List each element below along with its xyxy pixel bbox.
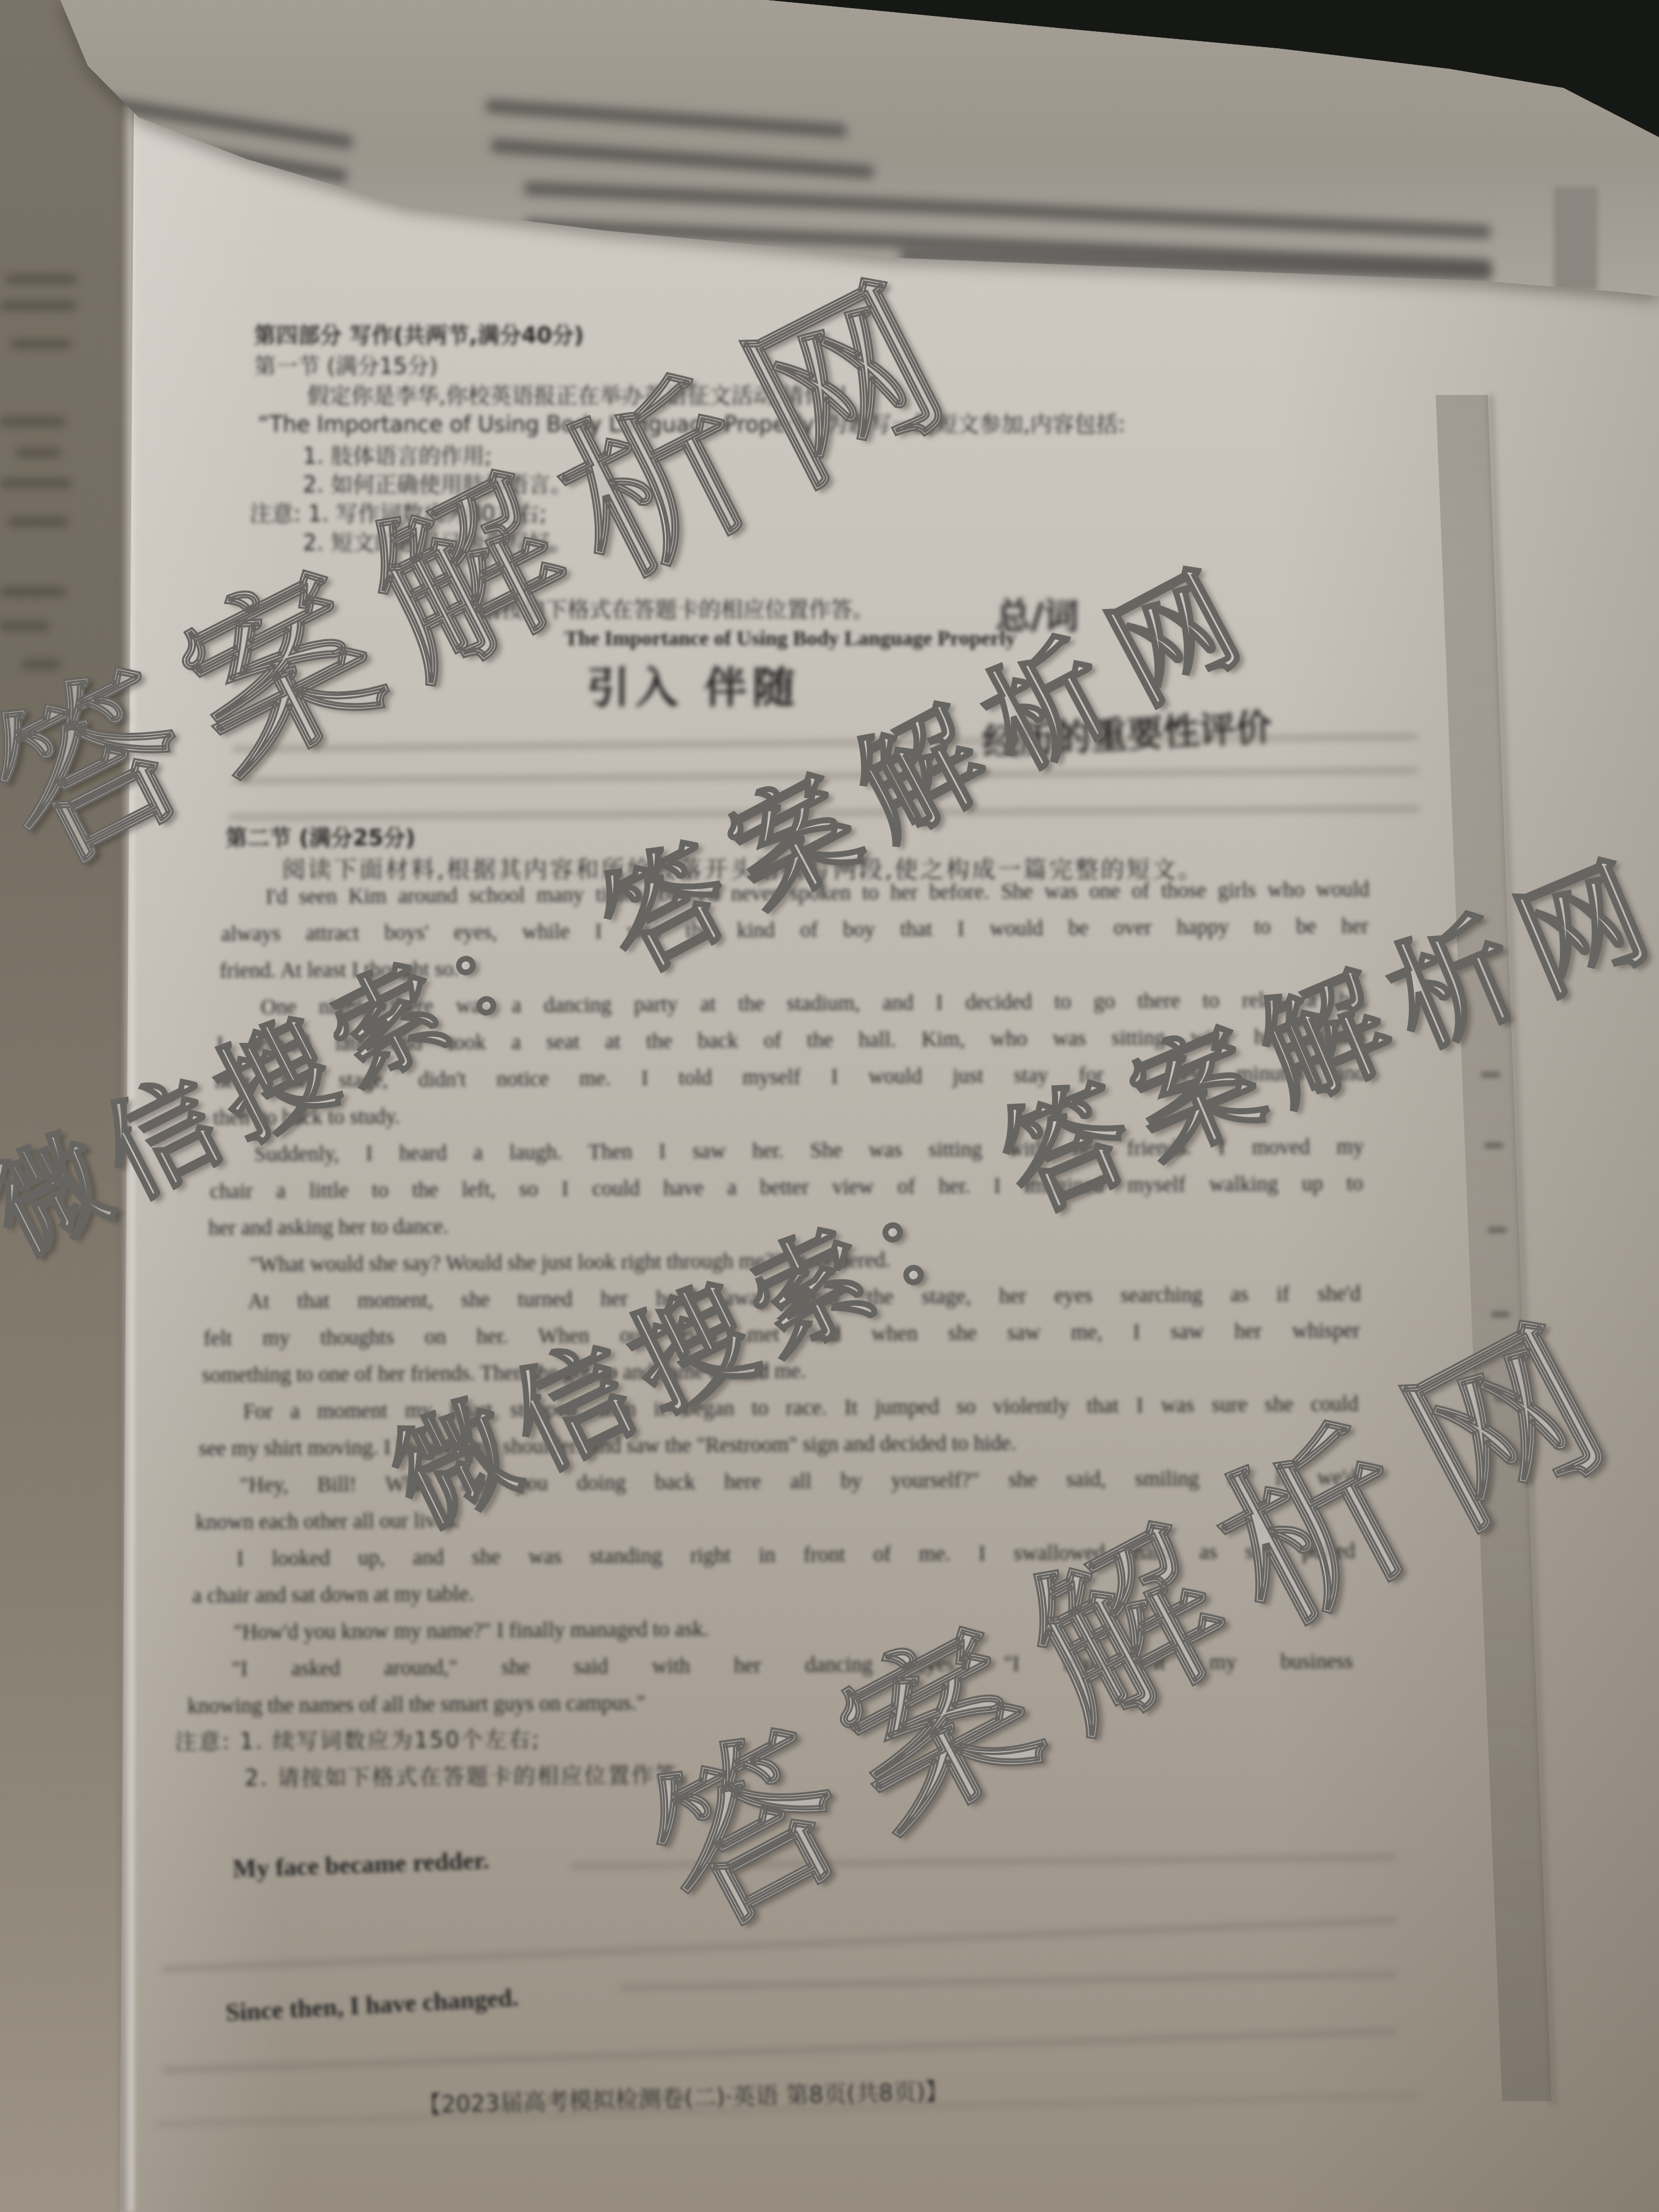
handwriting-scribble bbox=[0, 621, 49, 631]
handwriting-scribble bbox=[11, 339, 71, 349]
back-page-text-row bbox=[15, 82, 353, 150]
binding-strip-char bbox=[1485, 1143, 1503, 1148]
back-page-text-row bbox=[485, 99, 847, 138]
handwriting-scribble bbox=[22, 659, 60, 669]
binding-strip-char bbox=[1488, 1227, 1506, 1233]
handwriting-scribble bbox=[16, 448, 60, 458]
back-page-binding-strip bbox=[1554, 187, 1598, 291]
back-page-text-row bbox=[490, 138, 874, 179]
handwriting-scribble bbox=[0, 587, 66, 597]
exam-paper-photo: 第四部分 写作(共两节,满分40分) 第一节 (满分15分) 假定你是李华,你校… bbox=[0, 0, 1659, 2212]
section-title-1: 第一节 (满分15分) bbox=[254, 349, 438, 380]
section-title-2: 第二节 (满分25分) bbox=[225, 821, 415, 852]
essay-title: The Importance of Using Body Language Pr… bbox=[565, 627, 1016, 651]
handwritten-note-left: 引入 伴随 bbox=[587, 654, 800, 715]
handwriting-scribble bbox=[8, 517, 69, 527]
passage-line: see my shirt moving. I lowered my should… bbox=[199, 1427, 1358, 1464]
writing-note: 注意: 1. 续写词数应为150个左右; bbox=[175, 1724, 541, 1758]
handwriting-scribble bbox=[0, 478, 71, 488]
handwriting-scribble bbox=[0, 417, 66, 427]
binding-strip-char bbox=[1481, 1072, 1500, 1077]
